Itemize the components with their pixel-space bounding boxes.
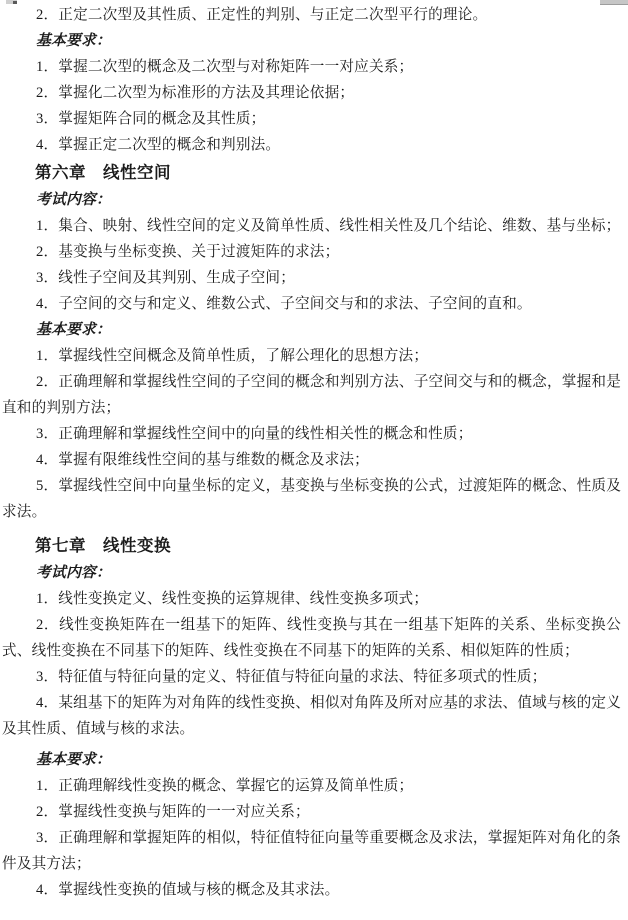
requirement-item: 3．正确理解和掌握矩阵的相似，特征值特征向量等重要概念及求法，掌握矩阵对角化的条… [2,825,621,877]
exam-content-label: 考试内容： [2,187,621,213]
requirement-item: 1．掌握二次型的概念及二次型与对称矩阵一一对应关系； [2,54,621,80]
content-item: 3．特征值与特征向量的定义、特征值与特征向量的求法、特征多项式的性质； [2,664,621,690]
content-item: 1．线性变换定义、线性变换的运算规律、线性变换多项式； [2,586,621,612]
requirement-item: 5．掌握线性空间中向量坐标的定义，基变换与坐标变换的公式，过渡矩阵的概念、性质及… [2,473,621,525]
chapter7-title: 第七章 线性变换 [2,532,621,560]
requirement-item: 1．正确理解线性变换的概念、掌握它的运算及简单性质； [2,773,621,799]
requirements-label: 基本要求： [2,28,621,54]
requirement-item: 4．掌握线性变换的值域与核的概念及其求法。 [2,877,621,903]
content-item: 4．子空间的交与和定义、维数公式、子空间交与和的求法、子空间的直和。 [2,291,621,317]
document-page: 2．正定二次型及其性质、正定性的判别、与正定二次型平行的理论。 基本要求： 1．… [0,0,628,920]
window-edge-artifact-dark [13,1,17,4]
requirement-item: 2．掌握线性变换与矩阵的一一对应关系； [2,799,621,825]
requirement-item: 3．掌握矩阵合同的概念及其性质； [2,106,621,132]
requirement-item: 4．掌握有限维线性空间的基与维数的概念及求法； [2,447,621,473]
requirements-label: 基本要求： [2,317,621,343]
chapter6-title: 第六章 线性空间 [2,159,621,187]
exam-content-label: 考试内容： [2,560,621,586]
content-item: 1．集合、映射、线性空间的定义及简单性质、线性相关性及几个结论、维数、基与坐标； [2,213,621,239]
content-item: 3．线性子空间及其判别、生成子空间； [2,265,621,291]
content-item: 4．某组基下的矩阵为对角阵的线性变换、相似对角阵及所对应基的求法、值域与核的定义… [2,690,621,742]
scrollbar-artifact [600,0,628,5]
requirement-item: 3．正确理解和掌握线性空间中的向量的线性相关性的概念和性质； [2,421,621,447]
requirement-item: 4．掌握正定二次型的概念和判别法。 [2,132,621,158]
content-item: 2．基变换与坐标变换、关于过渡矩阵的求法； [2,239,621,265]
content-item: 2．正定二次型及其性质、正定性的判别、与正定二次型平行的理论。 [2,2,621,28]
document-content: 2．正定二次型及其性质、正定性的判别、与正定二次型平行的理论。 基本要求： 1．… [0,0,628,903]
requirement-item: 2．掌握化二次型为标准形的方法及其理论依据； [2,80,621,106]
requirement-item: 1．掌握线性空间概念及简单性质，了解公理化的思想方法； [2,343,621,369]
content-item: 2．线性变换矩阵在一组基下的矩阵、线性变换与其在一组基下矩阵的关系、坐标变换公式… [2,612,621,664]
window-edge-artifact [6,0,17,4]
requirement-item: 2．正确理解和掌握线性空间的子空间的概念和判别方法、子空间交与和的概念，掌握和是… [2,369,621,421]
requirements-label: 基本要求： [2,747,621,773]
